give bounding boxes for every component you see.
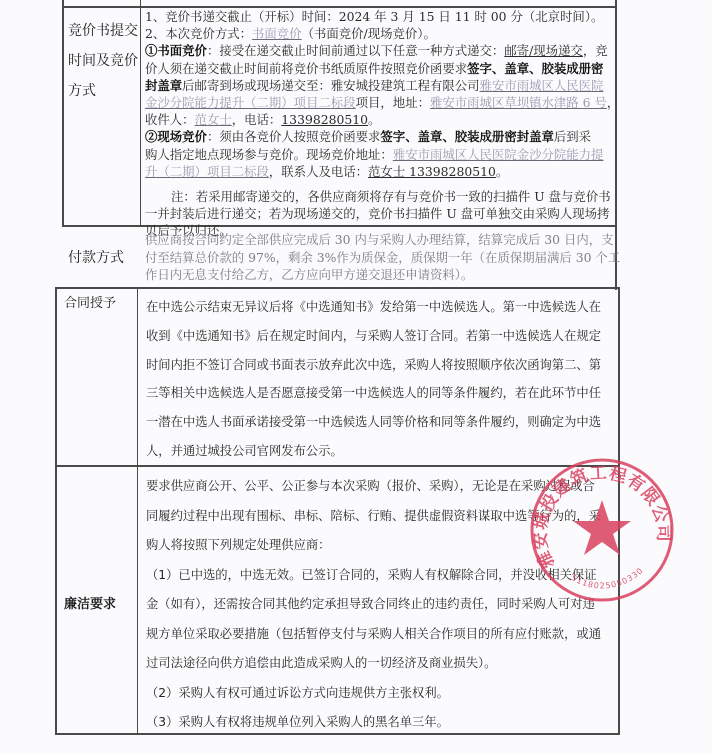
payment-content: 供应商按合同约定全部供应完成后 30 内与采购人办理结算，结算完成后 30 日内… — [145, 231, 613, 284]
method-line: 2、本次竞价方式：书面竞价（书面竞价/现场竞价）。 — [145, 25, 613, 42]
table-right-border-upper — [615, 0, 617, 290]
table-left-border-upper — [62, 0, 64, 225]
label-contract-award: 合同授予 — [64, 292, 136, 311]
note-line-1: 注：若采用邮寄递交的，各供应商须将存有与竞价书一致的扫描件 U 盘与竞价书 — [145, 188, 613, 205]
written-bid-line-2: 价人须在递交截止时间前将竞价书纸质原件按照竞价函要求签字、盖章、胶装成册密 — [145, 60, 613, 77]
submission-content: 1、竞价书递交截止（开标）时间：2024 年 3 月 15 日 11 时 00 … — [145, 8, 613, 240]
written-bid-line-5: 收件人：范女士，电话：13398280510。 — [145, 111, 613, 128]
integrity-content: 要求供应商公开、公平、公正参与本次采购（报价、采购），无论是在采购过程或合 同履… — [146, 472, 616, 738]
note-line-2: 一并封装后进行递交；若为现场递交的，竞价书扫描件 U 盘可单独交由采购人现场拷 — [145, 205, 613, 222]
table-left-border-lower — [55, 287, 57, 734]
table-col-divider-lower — [137, 287, 138, 734]
written-bid-line-1: ①书面竞价：接受在递交截止时间前通过以下任意一种方式递交：邮寄/现场递交，竞 — [145, 42, 613, 59]
method-value: 书面竞价 — [252, 26, 302, 41]
label-payment: 付款方式 — [68, 228, 140, 286]
onsite-bid-line-1: ②现场竞价：须由各竞价人按照竞价函要求签字、盖章、胶装成册密封盖章后到采 — [145, 128, 613, 145]
label-integrity: 廉洁要求 — [64, 590, 136, 614]
table-col-divider-upper — [140, 0, 141, 225]
onsite-bid-line-2: 购人指定地点现场参与竞价。现场竞价地址：雅安市雨城区人民医院金沙分院能力提 — [145, 146, 613, 163]
deadline-line: 1、竞价书递交截止（开标）时间：2024 年 3 月 15 日 11 时 00 … — [145, 8, 613, 25]
onsite-bid-line-3: 升（二期）项目二标段，联系人及电话：范女士 13398280510。 — [145, 163, 613, 180]
written-bid-line-3: 封盖章后邮寄到场或现场递交至：雅安城投建筑工程有限公司雅安市雨城区人民医院 — [145, 77, 613, 94]
table-right-border-lower — [618, 287, 620, 734]
document-page: 竞价书提交 时间及竞价 方式 1、竞价书递交截止（开标）时间：2024 年 3 … — [0, 0, 712, 754]
contract-award-content: 在中选公示结束无异议后将《中选通知书》发给第一中选候选人。第一中选候选人在 收到… — [146, 293, 616, 466]
label-submission: 竞价书提交 时间及竞价 方式 — [68, 8, 140, 113]
written-bid-line-4: 金沙分院能力提升（二期）项目二标段项目，地址：雅安市雨城区草坝镇水津路 6 号， — [145, 94, 613, 111]
row-divider-contract-top — [55, 287, 619, 289]
